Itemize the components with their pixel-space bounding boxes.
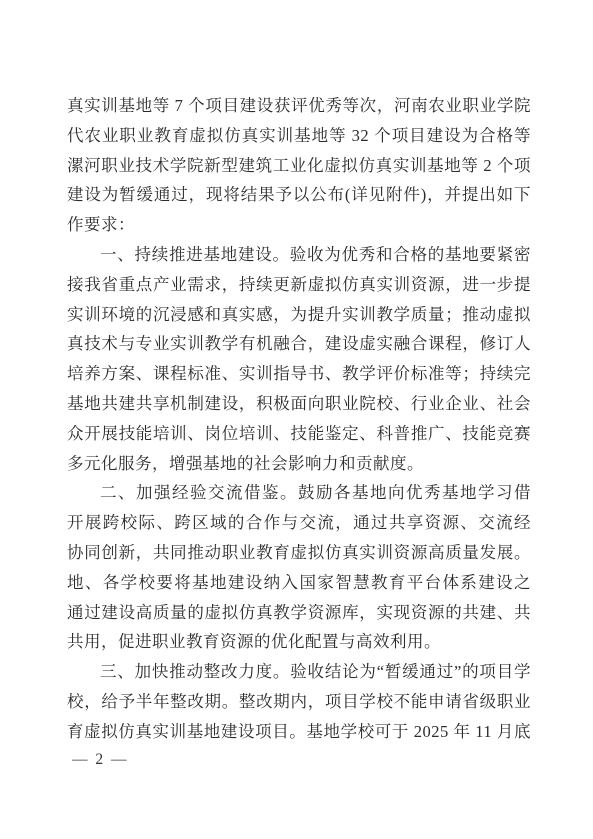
text-line: 真实训基地等 7 个项目建设获评优秀等次，河南农业职业学院现	[67, 91, 531, 121]
text-line: 建设为暂缓通过，现将结果予以公布(详见附件)，并提出如下工	[67, 180, 531, 210]
text-line: 多元化服务，增强基地的社会影响力和贡献度。	[67, 449, 531, 479]
text-line: 协同创新，共同推动职业教育虚拟仿真实训资源高质量发展。各	[67, 538, 531, 568]
document-page: 真实训基地等 7 个项目建设获评优秀等次，河南农业职业学院现 代农业职业教育虚拟…	[0, 0, 593, 839]
text-line: 二、加强经验交流借鉴。鼓励各基地向优秀基地学习借鉴，	[67, 478, 531, 508]
text-line: 漯河职业技术学院新型建筑工业化虚拟仿真实训基地等 2 个项目	[67, 151, 531, 181]
text-line: 校，给予半年整改期。整改期内，项目学校不能申请省级职业教	[67, 687, 531, 717]
text-line: 培养方案、课程标准、实训指导书、教学评价标准等；持续完善	[67, 359, 531, 389]
text-line: 基地共建共享机制建设，积极面向职业院校、行业企业、社会大	[67, 389, 531, 419]
text-line: 通过建设高质量的虚拟仿真教学资源库，实现资源的共建、共享、	[67, 598, 531, 628]
text-line: 实训环境的沉浸感和真实感，为提升实训教学质量；推动虚拟仿	[67, 300, 531, 330]
document-body: 真实训基地等 7 个项目建设获评优秀等次，河南农业职业学院现 代农业职业教育虚拟…	[67, 91, 531, 747]
text-line: 一、持续推进基地建设。验收为优秀和合格的基地要紧密对	[67, 240, 531, 270]
text-line: 三、加快推动整改力度。验收结论为“暂缓通过”的项目学	[67, 657, 531, 687]
text-line: 地、各学校要将基地建设纳入国家智慧教育平台体系建设之中，	[67, 568, 531, 598]
text-line: 共用，促进职业教育资源的优化配置与高效利用。	[67, 627, 531, 657]
text-line: 作要求：	[67, 210, 531, 240]
text-line: 接我省重点产业需求，持续更新虚拟仿真实训资源，进一步提升	[67, 270, 531, 300]
page-footer: — 2 —	[72, 751, 129, 769]
page-number: — 2 —	[72, 751, 129, 768]
text-line: 育虚拟仿真实训基地建设项目。基地学校可于 2025 年 11 月底前	[67, 717, 531, 747]
text-line: 代农业职业教育虚拟仿真实训基地等 32 个项目建设为合格等次，	[67, 121, 531, 151]
text-line: 众开展技能培训、岗位培训、技能鉴定、科普推广、技能竞赛等	[67, 419, 531, 449]
text-line: 开展跨校际、跨区域的合作与交流，通过共享资源、交流经验、	[67, 508, 531, 538]
text-line: 真技术与专业实训教学有机融合，建设虚实融合课程，修订人才	[67, 329, 531, 359]
